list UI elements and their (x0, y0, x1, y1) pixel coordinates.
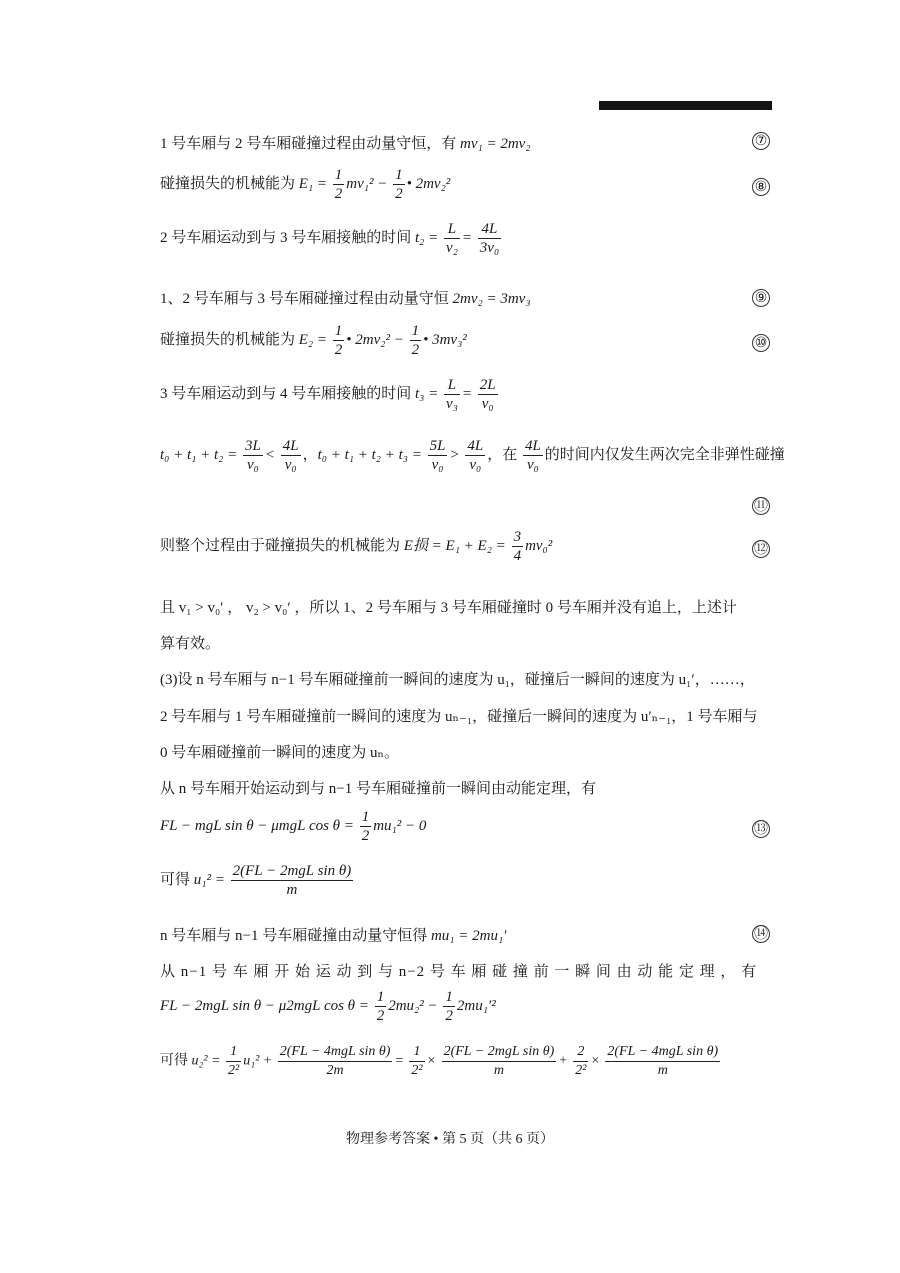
fraction: 12 (393, 166, 405, 203)
equation: • 2mv₂² − (346, 332, 404, 348)
fraction: 12 (333, 322, 345, 359)
text-line: 1 号车厢与 2 号车厢碰撞过程由动量守恒，有 mv₁ = 2mv₂ (160, 132, 531, 153)
text-line: FL − mgL sin θ − μmgL cos θ = 12mu₁² − 0 (160, 808, 426, 845)
page-footer: 物理参考答案 • 第 5 页（共 6 页） (0, 1128, 900, 1148)
text-line: 可得 u₁² = 2(FL − 2mgL sin θ)m (160, 862, 355, 899)
line-text: 可得 (160, 1054, 192, 1069)
line-text: 2 号车厢运动到与 3 号车厢接触的时间 (160, 230, 415, 246)
fraction: 12 (375, 988, 387, 1025)
equation: FL − 2mgL sin θ − μ2mgL cos θ = (160, 998, 369, 1014)
equation: • 3mv₃² (423, 332, 467, 348)
fraction: 12 (360, 808, 372, 845)
equation: mu₁ = 2mu₁′ (431, 928, 507, 944)
fraction: 4Lv₀ (281, 437, 301, 474)
line-text: 可得 (160, 872, 194, 888)
fraction: 4L3v₀ (478, 220, 501, 257)
fraction: 12 (410, 322, 422, 359)
equation: • 2mv₂² (407, 176, 451, 192)
line-text: n 号车厢与 n−1 号车厢碰撞由动量守恒得 (160, 928, 431, 944)
fraction: 5Lv₀ (428, 437, 448, 474)
equation: E损 = E₁ + E₂ = (404, 538, 506, 554)
line-text: 碰撞损失的机械能为 (160, 332, 299, 348)
fraction: 2Lv₀ (478, 376, 498, 413)
line-text: 则整个过程由于碰撞损失的机械能为 (160, 538, 404, 554)
text-line: 碰撞损失的机械能为 E₂ = 12• 2mv₂² − 12• 3mv₃² (160, 322, 467, 359)
equation: = (462, 230, 472, 246)
equation-number: ⑨ (752, 289, 770, 307)
text-line: 则整个过程由于碰撞损失的机械能为 E损 = E₁ + E₂ = 34mv₀² (160, 528, 552, 565)
fraction: 12 (333, 166, 345, 203)
equation-number: ⑧ (752, 178, 770, 196)
equation-number: ⑭ (752, 925, 770, 943)
equation: = (462, 386, 472, 402)
equation: mv₁ = 2mv₂ (460, 136, 531, 152)
line-text: 1 号车厢与 2 号车厢碰撞过程由动量守恒，有 (160, 136, 460, 152)
text-line: 从 n 号车厢开始运动到与 n−1 号车厢碰撞前一瞬间由动能定理，有 (160, 777, 596, 798)
header-bar (599, 101, 772, 110)
equation: u₁² = (194, 872, 225, 888)
equation: E₂ = (299, 332, 327, 348)
fraction: 12 (443, 988, 455, 1025)
fraction: 2(FL − 4mgL sin θ)2m (278, 1043, 393, 1080)
equation: 2mu₁′² (457, 998, 496, 1014)
equation: E₁ = (299, 176, 327, 192)
line-text: 的时间内仅发生两次完全非弹性碰撞 (545, 447, 785, 463)
equation: u₂² = (192, 1054, 221, 1069)
text-line: 0 号车厢碰撞前一瞬间的速度为 uₙ。 (160, 741, 399, 762)
equation-number: ⑪ (752, 497, 770, 515)
equation: mv₀² (525, 538, 552, 554)
equation: t₀ + t₁ + t₂ = (160, 447, 237, 463)
text-line: t₀ + t₁ + t₂ = 3Lv₀< 4Lv₀，t₀ + t₁ + t₂ +… (160, 437, 785, 474)
text-line: FL − 2mgL sin θ − μ2mgL cos θ = 122mu₂² … (160, 988, 496, 1025)
equation: t₀ + t₁ + t₂ + t₃ = (318, 447, 422, 463)
fraction: 12² (226, 1043, 241, 1080)
fraction: 2(FL − 4mgL sin θ)m (605, 1043, 720, 1080)
text-line: 2 号车厢与 1 号车厢碰撞前一瞬间的速度为 uₙ₋₁，碰撞后一瞬间的速度为 u… (160, 705, 758, 726)
line-text: 碰撞损失的机械能为 (160, 176, 299, 192)
text-line: 算有效。 (160, 632, 220, 653)
equation: mv₁² − (346, 176, 387, 192)
text-line: 2 号车厢运动到与 3 号车厢接触的时间 t₂ = Lv₂= 4L3v₀ (160, 220, 503, 257)
text-line: 且 v₁ > v₀′ ， v₂ > v₀′ ，所以 1、2 号车厢与 3 号车厢… (160, 596, 737, 617)
equation: t₂ = (415, 230, 438, 246)
text-line: 从 n−1 号 车 厢 开 始 运 动 到 与 n−2 号 车 厢 碰 撞 前 … (160, 960, 757, 981)
equation: t₃ = (415, 386, 438, 402)
fraction: 34 (512, 528, 524, 565)
fraction: Lv₃ (444, 376, 460, 413)
fraction: 4Lv₀ (465, 437, 485, 474)
equation-number: ⑩ (752, 334, 770, 352)
fraction: 4Lv₀ (523, 437, 543, 474)
equation-number: ⑫ (752, 540, 770, 558)
equation-number: ⑬ (752, 820, 770, 838)
fraction: 2(FL − 2mgL sin θ)m (231, 862, 354, 899)
text-line: 碰撞损失的机械能为 E₁ = 12mv₁² − 12• 2mv₂² (160, 166, 450, 203)
fraction: 2(FL − 2mgL sin θ)m (442, 1043, 557, 1080)
line-text: 1、2 号车厢与 3 号车厢碰撞过程由动量守恒 (160, 291, 453, 307)
equation: mu₁² − 0 (373, 818, 426, 834)
line-text: 3 号车厢运动到与 4 号车厢接触的时间 (160, 386, 415, 402)
text-line: n 号车厢与 n−1 号车厢碰撞由动量守恒得 mu₁ = 2mu₁′ (160, 924, 506, 945)
equation: 2mu₂² − (388, 998, 437, 1014)
fraction: 3Lv₀ (243, 437, 263, 474)
equation: FL − mgL sin θ − μmgL cos θ = (160, 818, 354, 834)
line-text: ，在 (487, 447, 517, 463)
equation-number: ⑦ (752, 132, 770, 150)
fraction: 12² (409, 1043, 424, 1080)
text-line: 3 号车厢运动到与 4 号车厢接触的时间 t₃ = Lv₃= 2Lv₀ (160, 376, 500, 413)
text-line: (3)设 n 号车厢与 n−1 号车厢碰撞前一瞬间的速度为 u₁，碰撞后一瞬间的… (160, 668, 755, 689)
fraction: 22² (573, 1043, 588, 1080)
text-line: 1、2 号车厢与 3 号车厢碰撞过程由动量守恒 2mv₂ = 3mv₃ (160, 287, 531, 308)
equation: 2mv₂ = 3mv₃ (453, 291, 531, 307)
fraction: Lv₂ (444, 220, 460, 257)
text-line: 可得 u₂² = 12²u₁² + 2(FL − 4mgL sin θ)2m= … (160, 1043, 722, 1080)
